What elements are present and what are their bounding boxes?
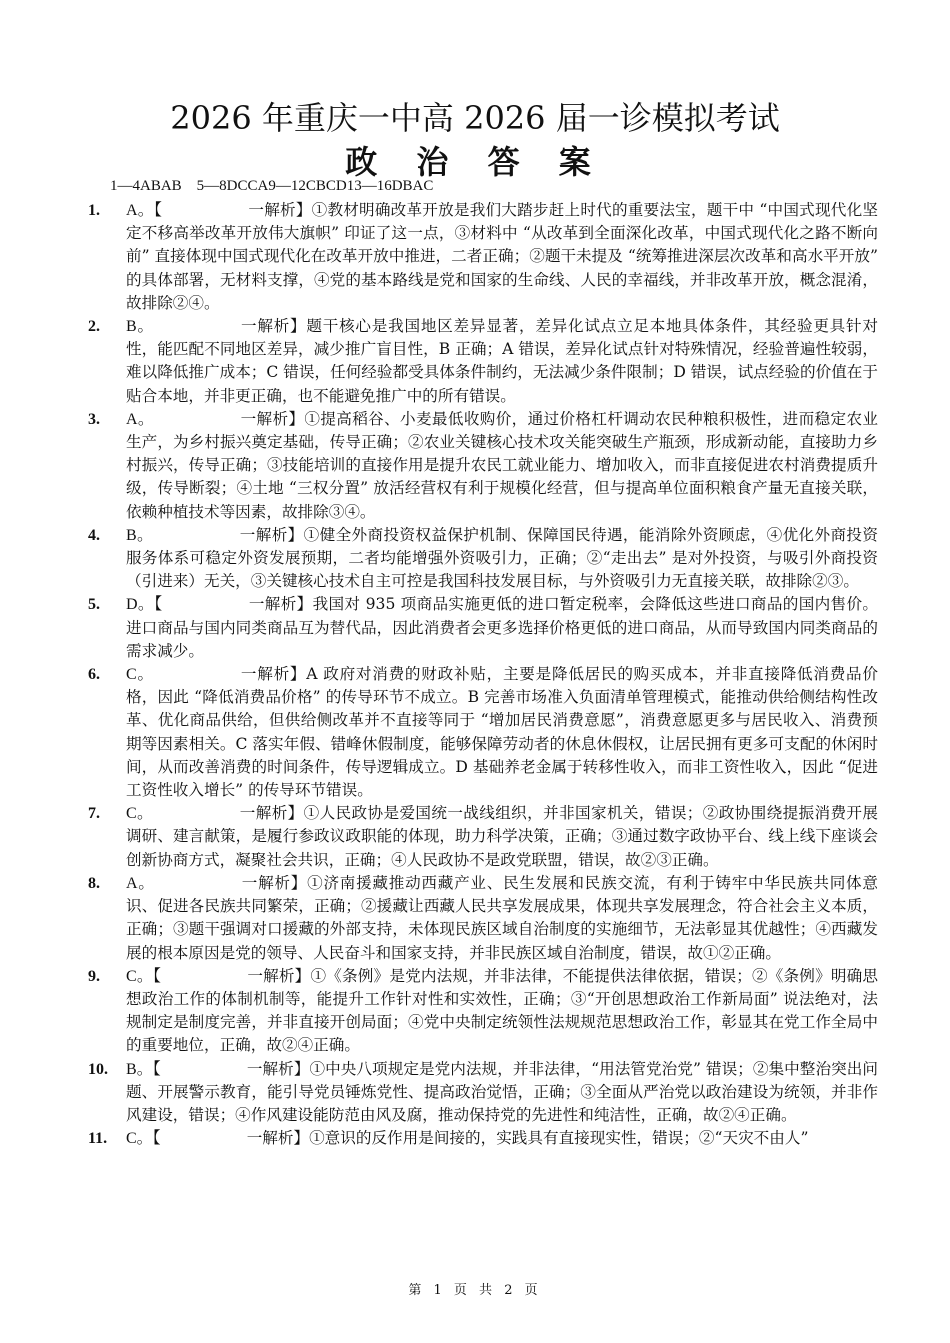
question-item: 3.A。一解析】①提高稻谷、小麦最低收购价，通过价格杠杆调动农民种粮积极性，进而…: [88, 408, 878, 524]
question-number: 11.: [88, 1127, 120, 1150]
question-item: 4.B。一解析】①健全外商投资权益保护机制、保障国民待遇，能消除外资顾虑，④优化…: [88, 524, 878, 594]
question-answer: C。【: [126, 968, 161, 985]
question-number: 2.: [88, 315, 120, 338]
question-item: 10.B。【一解析】①中央八项规定是党内法规，并非法律，“用法管党治党” 错误；…: [88, 1058, 878, 1128]
analysis-label: 一解析】: [240, 665, 306, 683]
page-indicator: 第 1 页 共 2 页: [0, 1279, 950, 1298]
question-item: 2.B。一解析】题干核心是我国地区差异显著，差异化试点立足本地具体条件，其经验更…: [88, 315, 878, 408]
analysis-label: 一解析】: [239, 804, 303, 822]
analysis-text: A 政府对消费的财政补贴，主要是降低居民的购买成本，并非直接降低消费品价格，因此…: [126, 665, 878, 799]
question-number: 9.: [88, 965, 120, 988]
analysis-text: ①济南援藏推动西藏产业、民生发展和民族交流，有利于铸牢中华民族共同体意识、促进各…: [126, 874, 878, 962]
analysis-text: ①意识的反作用是间接的，实践具有直接现实性，错误；②“天灾不由人”: [309, 1129, 808, 1147]
question-item: 6.C。一解析】A 政府对消费的财政补贴，主要是降低居民的购买成本，并非直接降低…: [88, 663, 878, 802]
analysis-label: 一解析】: [248, 201, 311, 219]
analysis-text: ①中央八项规定是党内法规，并非法律，“用法管党治党” 错误；②集中整治突出问题、…: [126, 1060, 878, 1124]
question-number: 3.: [88, 408, 120, 431]
question-number: 8.: [88, 872, 120, 895]
question-item: 9.C。【一解析】①《条例》是党内法规，并非法律，不能提供法律依据，错误；②《条…: [88, 965, 878, 1058]
question-answer: B。: [126, 318, 154, 335]
question-item: 5.D。【一解析】我国对 935 项商品实施更低的进口暂定税率，会降低这些进口商…: [88, 593, 878, 663]
analysis-label: 一解析】: [247, 1129, 309, 1147]
analysis-text: ①教材明确改革开放是我们大踏步赶上时代的重要法宝，题干中 “中国式现代化坚定不移…: [126, 201, 878, 312]
question-answer: A。: [126, 875, 155, 892]
analysis-text: ①提高稻谷、小麦最低收购价，通过价格杠杆调动农民种粮积极性，进而稳定农业生产，为…: [126, 410, 878, 521]
analysis-label: 一解析】: [247, 967, 310, 985]
question-number: 6.: [88, 663, 120, 686]
analysis-text: 我国对 935 项商品实施更低的进口暂定税率，会降低这些进口商品的国内售价。进口…: [126, 595, 878, 659]
question-number: 1.: [88, 199, 120, 222]
analysis-label: 一解析】: [240, 317, 306, 335]
question-answer: A。: [126, 411, 154, 428]
question-number: 10.: [88, 1058, 120, 1081]
analysis-label: 一解析】: [247, 1060, 310, 1078]
question-item: 1.A。【一解析】①教材明确改革开放是我们大踏步赶上时代的重要法宝，题干中 “中…: [88, 199, 878, 315]
answer-key-summary: 1—4ABAB 5—8DCCA9—12CBCD13—16DBAC: [110, 178, 433, 195]
question-number: 4.: [88, 524, 120, 547]
analysis-label: 一解析】: [239, 526, 303, 544]
analysis-label: 一解析】: [240, 410, 304, 428]
question-answer: C。: [126, 666, 154, 683]
analysis-text: 题干核心是我国地区差异显著，差异化试点立足本地具体条件，其经验更具针对性，能匹配…: [126, 317, 878, 405]
document-title: 2026 年重庆一中高 2026 届一诊模拟考试: [0, 93, 950, 139]
analysis-label: 一解析】: [241, 874, 307, 892]
question-answer: D。【: [126, 596, 163, 613]
question-item: 7.C。一解析】①人民政协是爱国统一战线组织，并非国家机关，错误；②政协围绕提振…: [88, 802, 878, 872]
question-answer: B。【: [126, 1061, 161, 1078]
question-answer: C。: [126, 805, 153, 822]
analysis-text: ①《条例》是党内法规，并非法律，不能提供法律依据，错误；②《条例》明确思想政治工…: [126, 967, 878, 1055]
answer-explanations: 1.A。【一解析】①教材明确改革开放是我们大踏步赶上时代的重要法宝，题干中 “中…: [88, 199, 878, 1150]
question-answer: B。: [126, 527, 153, 544]
question-item: 11.C。【一解析】①意识的反作用是间接的，实践具有直接现实性，错误；②“天灾不…: [88, 1127, 878, 1150]
question-number: 7.: [88, 802, 120, 825]
document-subtitle: 政 治 答 案: [0, 137, 950, 183]
question-number: 5.: [88, 593, 120, 616]
analysis-label: 一解析】: [249, 595, 313, 613]
question-answer: C。【: [126, 1130, 161, 1147]
question-item: 8.A。一解析】①济南援藏推动西藏产业、民生发展和民族交流，有利于铸牢中华民族共…: [88, 872, 878, 965]
question-answer: A。【: [126, 202, 162, 219]
